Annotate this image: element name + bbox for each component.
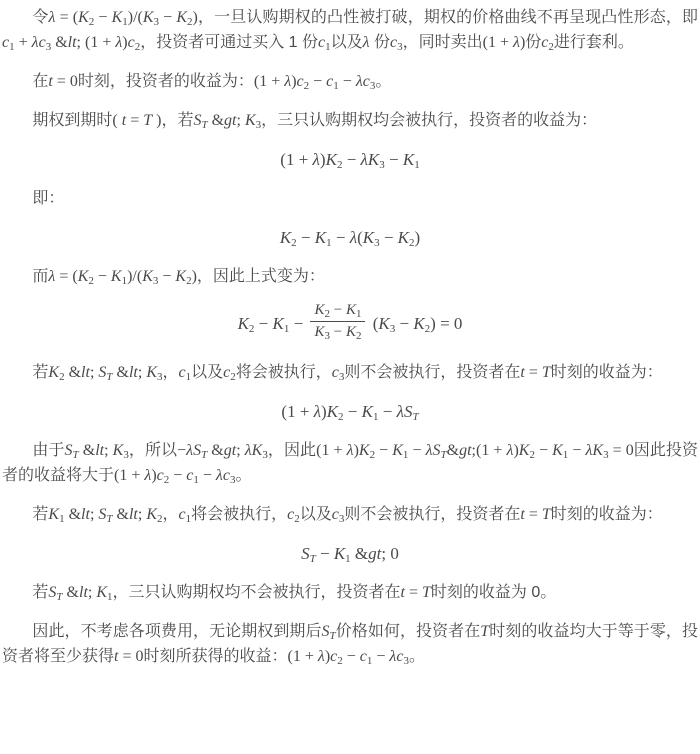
- text-run: ，: [163, 506, 179, 523]
- text-run: 进行套利。: [554, 34, 634, 51]
- text-run: ，一旦认购期权的凸性被打破，期权的价格曲线不再呈现凸性形态，即: [198, 9, 698, 26]
- text-run: 在: [32, 73, 48, 90]
- fraction-denominator: K3 − K2: [310, 321, 365, 343]
- text-run: 则不会被执行，投资者在: [344, 506, 520, 523]
- math-run: −λST &gt; λK3: [177, 442, 268, 459]
- paragraph: 即：: [2, 186, 698, 211]
- paragraph: 若K2 &lt; ST &lt; K3，c1以及c2将会被执行，c3则不会被执行…: [2, 360, 698, 385]
- math-run: K2 − K1 − λ(K3 − K2): [280, 228, 420, 247]
- text-run: 若: [32, 506, 48, 523]
- text-run: 份: [525, 34, 541, 51]
- formula: (1 + λ)K2 − λK3 − K1: [2, 147, 698, 172]
- text-run: 时刻的收益为：: [551, 506, 663, 523]
- text-run: 时刻的收益为：: [551, 364, 663, 381]
- math-run: λ = (K2 − K1)/(K3 − K2): [49, 9, 198, 26]
- text-run: 令: [32, 9, 48, 26]
- paragraph: 在t = 0时刻，投资者的收益为：(1 + λ)c2 − c1 − λc3。: [2, 69, 698, 94]
- text-run: 将会被执行，: [191, 506, 287, 523]
- text-run: ，三只认购期权均不会被执行，投资者在: [113, 584, 401, 601]
- math-run: K2 &lt; ST &lt; K3: [48, 364, 162, 381]
- math-run: T: [480, 623, 489, 640]
- math-run: λ = (K2 − K1)/(K3 − K2): [48, 268, 196, 285]
- math-run: t = 0: [48, 73, 77, 90]
- math-run: K1 &lt; ST &lt; K2: [48, 506, 162, 523]
- text-run: 将会被执行，: [236, 364, 332, 381]
- formula: (1 + λ)K2 − K1 − λST: [2, 399, 698, 424]
- text-run: 。: [375, 73, 391, 90]
- math-run: c1 + λc3 &lt; (1 + λ)c2: [2, 34, 140, 51]
- text-run: 若: [32, 364, 48, 381]
- math-run: t = T: [520, 506, 550, 523]
- text-run: 以及: [191, 364, 223, 381]
- fraction: K2 − K1K3 − K2: [310, 300, 365, 343]
- math-run: K2 − K1 −: [238, 314, 308, 333]
- math-run: (1 + λ)K2 − K1 − λST: [281, 402, 418, 421]
- math-run: c3: [390, 34, 403, 51]
- math-run: c3: [332, 506, 345, 523]
- math-run: c2: [287, 506, 300, 523]
- math-run: c2: [223, 364, 236, 381]
- text-run: ，: [163, 364, 179, 381]
- paragraph: 而λ = (K2 − K1)/(K3 − K2)，因此上式变为：: [2, 264, 698, 289]
- document: 令λ = (K2 − K1)/(K3 − K2)，一旦认购期权的凸性被打破，期权…: [0, 0, 700, 669]
- text-run: 由于: [32, 442, 64, 459]
- math-run: c1: [179, 506, 192, 523]
- text-run: 。: [409, 648, 425, 665]
- paragraph: 令λ = (K2 − K1)/(K3 − K2)，一旦认购期权的凸性被打破，期权…: [2, 5, 698, 55]
- text-run: 期权到期时: [32, 112, 112, 129]
- math-run: ST: [322, 623, 336, 640]
- math-run: ST − K1 &gt; 0: [301, 544, 399, 563]
- text-run: ，因此上式变为：: [197, 268, 325, 285]
- math-run: t = T: [520, 364, 550, 381]
- text-run: ，投资者可通过买入 1 份: [140, 34, 318, 51]
- text-run: ，所以: [129, 442, 177, 459]
- math-run: c3: [332, 364, 345, 381]
- math-run: (1 + λ)c2 − c1 − λc3: [288, 648, 409, 665]
- fraction-numerator: K2 − K1: [310, 300, 365, 321]
- formula: K2 − K1 − λ(K3 − K2): [2, 225, 698, 250]
- text-run: 时刻的收益为 0。: [431, 584, 556, 601]
- math-run: c2: [541, 34, 554, 51]
- text-run: 时刻所获得的收益：: [144, 648, 288, 665]
- text-run: ，同时卖出: [403, 34, 483, 51]
- text-run: ，若: [161, 112, 193, 129]
- text-run: 。: [235, 467, 251, 484]
- text-run: 即：: [32, 190, 64, 207]
- math-run: (1 + λ)c2 − c1 − λc3: [254, 73, 375, 90]
- math-run: (1 + λ)K2 − λK3 − K1: [280, 150, 419, 169]
- math-run: t = 0: [114, 648, 143, 665]
- math-run: ( t = T ): [112, 112, 161, 129]
- math-run: (K3 − K2) = 0: [368, 314, 462, 333]
- math-run: t = T: [401, 584, 431, 601]
- text-run: 则不会被执行，投资者在: [344, 364, 520, 381]
- math-run: λ: [363, 34, 370, 51]
- math-run: ST &gt; K3: [193, 112, 261, 129]
- math-run: ST &lt; K1: [48, 584, 112, 601]
- formula: ST − K1 &gt; 0: [2, 541, 698, 566]
- paragraph: 由于ST &lt; K3，所以−λST &gt; λK3，因此(1 + λ)K2…: [2, 438, 698, 488]
- paragraph: 因此，不考虑各项费用，无论期权到期后ST价格如何，投资者在T时刻的收益均大于等于…: [2, 619, 698, 669]
- text-run: 价格如何，投资者在: [336, 623, 481, 640]
- math-run: (1 + λ)c2 − c1 − λc3: [114, 467, 235, 484]
- text-run: 若: [32, 584, 48, 601]
- text-run: ，三只认购期权均会被执行，投资者的收益为：: [261, 112, 597, 129]
- paragraph: 若K1 &lt; ST &lt; K2，c1将会被执行，c2以及c3则不会被执行…: [2, 502, 698, 527]
- text-run: ，因此: [268, 442, 316, 459]
- math-run: ST &lt; K3: [65, 442, 129, 459]
- math-run: (1 + λ)K2 − K1 − λST&gt;(1 + λ)K2 − K1 −…: [316, 442, 634, 459]
- paragraph: 期权到期时( t = T )，若ST &gt; K3，三只认购期权均会被执行，投…: [2, 108, 698, 133]
- text-run: 以及: [300, 506, 332, 523]
- text-run: 因此，不考虑各项费用，无论期权到期后: [32, 623, 321, 640]
- text-run: 而: [32, 268, 48, 285]
- text-run: 份: [370, 34, 390, 51]
- math-run: c1: [179, 364, 192, 381]
- text-run: 时刻，投资者的收益为：: [78, 73, 254, 90]
- math-run: (1 + λ): [483, 34, 526, 51]
- text-run: 以及: [331, 34, 363, 51]
- paragraph: 若ST &lt; K1，三只认购期权均不会被执行，投资者在t = T时刻的收益为…: [2, 580, 698, 605]
- formula: K2 − K1 − K2 − K1K3 − K2 (K3 − K2) = 0: [2, 303, 698, 346]
- math-run: c1: [318, 34, 331, 51]
